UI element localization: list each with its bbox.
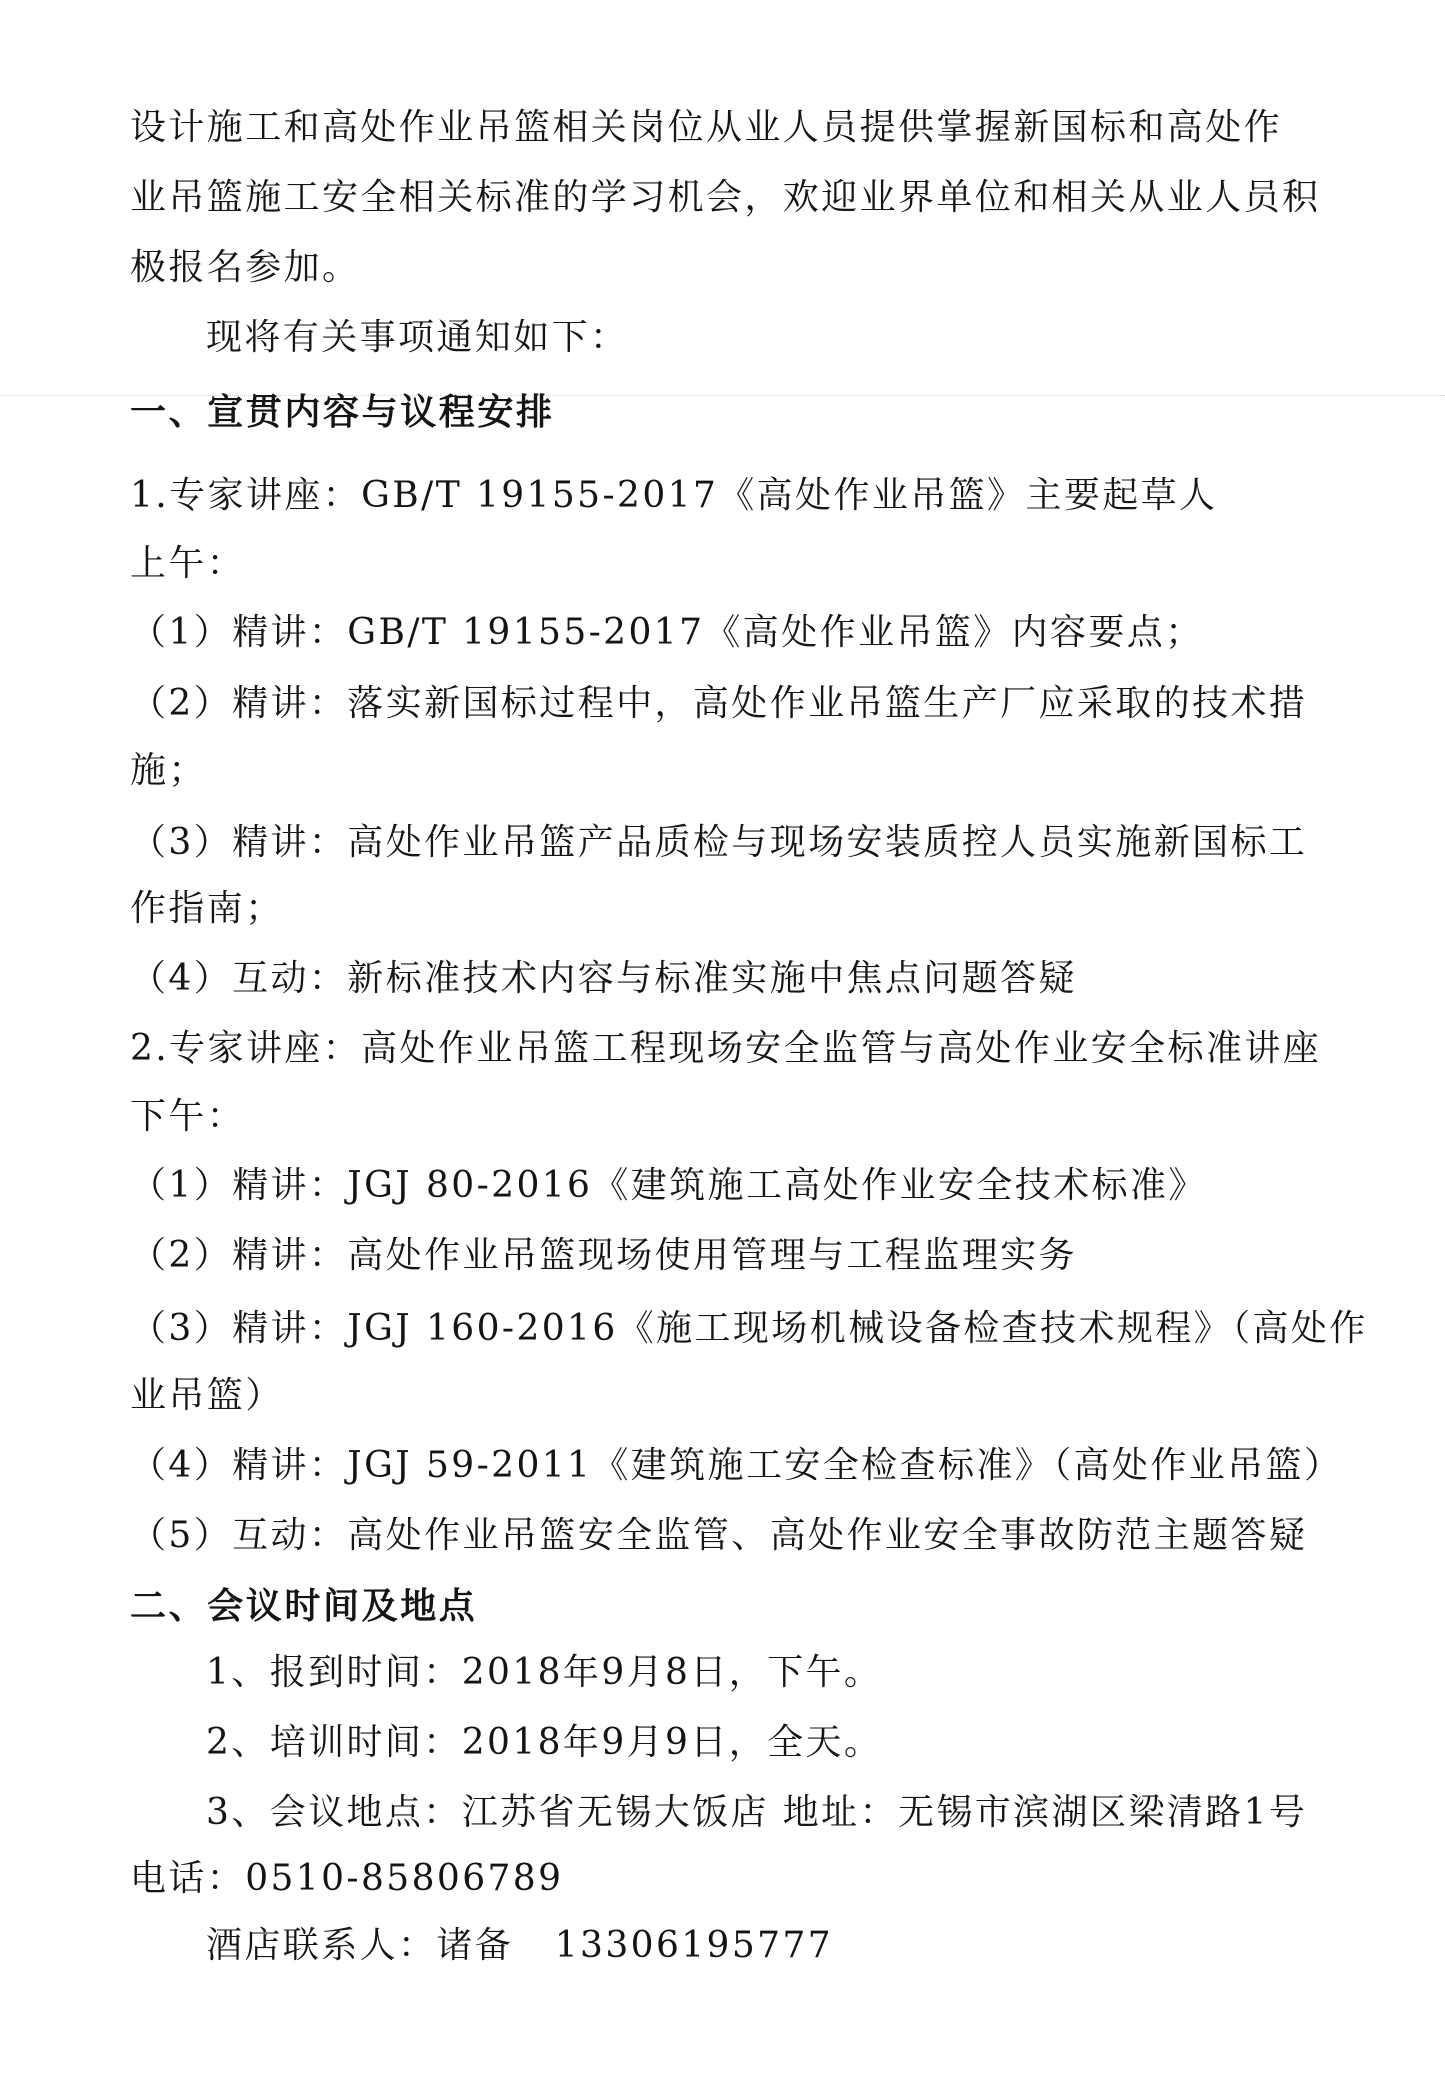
lecture1-title: 1.专家讲座：GB/T 19155-2017《高处作业吊篮》主要起草人 xyxy=(130,476,1217,516)
intro-line-2: 业吊篮施工安全相关标准的学习机会，欢迎业界单位和相关从业人员积 xyxy=(130,178,1320,218)
lecture2-item: （2）精讲：高处作业吊篮现场使用管理与工程监理实务 xyxy=(130,1236,1077,1276)
lecture2-item-continuation: 业吊篮） xyxy=(130,1376,284,1416)
lecture1-item-continuation: 施； xyxy=(130,751,207,791)
lecture1-item: （1）精讲：GB/T 19155-2017《高处作业吊篮》内容要点； xyxy=(130,613,1204,653)
lecture1-session: 上午： xyxy=(130,544,245,584)
schedule-item-checkin: 1、报到时间：2018年9月8日，下午。 xyxy=(206,1653,882,1693)
lecture2-item: （4）精讲：JGJ 59-2011《建筑施工安全检查标准》（高处作业吊篮） xyxy=(130,1446,1342,1486)
lecture1-item: （2）精讲：落实新国标过程中，高处作业吊篮生产厂应采取的技术措 xyxy=(130,684,1307,724)
lecture2-item: （1）精讲：JGJ 80-2016《建筑施工高处作业安全技术标准》 xyxy=(130,1166,1207,1206)
lecture2-item: （5）互动：高处作业吊篮安全监管、高处作业安全事故防范主题答疑 xyxy=(130,1516,1307,1556)
venue-phone: 电话：0510-85806789 xyxy=(130,1859,563,1899)
section1-heading: 一、宣贯内容与议程安排 xyxy=(130,392,555,432)
lecture2-title: 2.专家讲座：高处作业吊篮工程现场安全监管与高处作业安全标准讲座 xyxy=(130,1029,1321,1069)
lecture2-item: （3）精讲：JGJ 160-2016《施工现场机械设备检查技术规程》（高处作 xyxy=(130,1309,1368,1349)
intro-line-3: 极报名参加。 xyxy=(130,248,360,288)
intro-line-1: 设计施工和高处作业吊篮相关岗位从业人员提供掌握新国标和高处作 xyxy=(130,108,1282,148)
lecture2-session: 下午： xyxy=(130,1097,245,1137)
notice-line: 现将有关事项通知如下： xyxy=(206,318,628,358)
schedule-item-training: 2、培训时间：2018年9月9日，全天。 xyxy=(206,1723,882,1763)
schedule-item-venue: 3、会议地点：江苏省无锡大饭店 地址：无锡市滨湖区梁清路1号 xyxy=(206,1793,1307,1833)
lecture1-item: （4）互动：新标准技术内容与标准实施中焦点问题答疑 xyxy=(130,959,1077,999)
scanned-document-page: 设计施工和高处作业吊篮相关岗位从业人员提供掌握新国标和高处作 业吊篮施工安全相关… xyxy=(0,0,1445,2076)
hotel-contact: 酒店联系人：诸备 13306195777 xyxy=(206,1926,833,1966)
lecture1-item-continuation: 作指南； xyxy=(130,889,284,929)
section2-heading: 二、会议时间及地点 xyxy=(130,1586,477,1626)
lecture1-item: （3）精讲：高处作业吊篮产品质检与现场安装质控人员实施新国标工 xyxy=(130,823,1307,863)
